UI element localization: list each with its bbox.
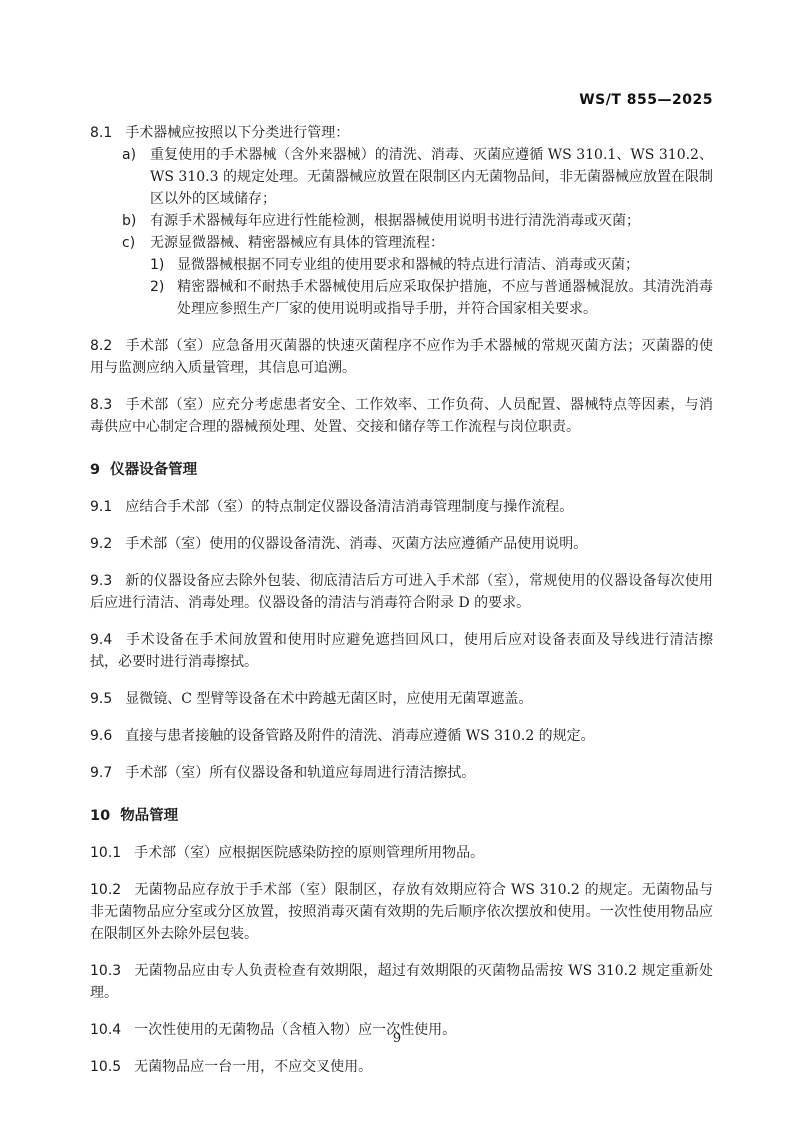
paragraph: 1)显微器械根据不同专业组的使用要求和器械的特点进行清洁、消毒或灭菌； [90, 254, 713, 276]
para-label: 10 [90, 805, 110, 827]
para-text: 手术部（室）使用的仪器设备清洗、消毒、灭菌方法应遵循产品使用说明。 [125, 536, 587, 552]
para-text: 精密器械和不耐热手术器械使用后应采取保护措施，不应与普通器械混放。其清洗消毒处理… [177, 279, 713, 317]
para-label: 10.1 [90, 842, 121, 864]
para-text: 显微镜、C 型臂等设备在术中跨越无菌区时，应使用无菌罩遮盖。 [125, 691, 532, 707]
para-text: 应结合手术部（室）的特点制定仪器设备清洁消毒管理制度与操作流程。 [125, 499, 573, 515]
para-label: c) [122, 232, 150, 254]
paragraph: b)有源手术器械每年应进行性能检测，根据器械使用说明书进行清洗消毒或灭菌； [90, 210, 713, 232]
para-text: 物品管理 [120, 808, 178, 824]
document-page: WS/T 855—2025 8.1手术器械应按照以下分类进行管理：a)重复使用的… [0, 0, 794, 1123]
doc-code-header: WS/T 855—2025 [90, 92, 713, 108]
para-label: 10.5 [90, 1056, 121, 1078]
para-label: 9.3 [90, 570, 112, 592]
paragraph: 8.3手术部（室）应充分考虑患者安全、工作效率、工作负荷、人员配置、器械特点等因… [90, 394, 713, 438]
paragraph: 9.2手术部（室）使用的仪器设备清洗、消毒、灭菌方法应遵循产品使用说明。 [90, 533, 713, 555]
para-text: 重复使用的手术器械（含外来器械）的清洗、消毒、灭菌应遵循 WS 310.1、WS… [150, 147, 713, 207]
paragraph: 10.5无菌物品应一台一用，不应交叉使用。 [90, 1056, 713, 1078]
para-text: 新的仪器设备应去除外包装、彻底清洁后方可进入手术部（室），常规使用的仪器设备每次… [90, 573, 713, 611]
paragraph: 9.1应结合手术部（室）的特点制定仪器设备清洁消毒管理制度与操作流程。 [90, 496, 713, 518]
para-label: 10.2 [90, 879, 121, 901]
para-text: 无源显微器械、精密器械应有具体的管理流程： [150, 235, 444, 251]
para-label: 1) [150, 254, 177, 276]
para-label: b) [122, 210, 150, 232]
paragraph: 8.1手术器械应按照以下分类进行管理： [90, 122, 713, 144]
para-text: 有源手术器械每年应进行性能检测，根据器械使用说明书进行清洗消毒或灭菌； [150, 213, 640, 229]
para-label: 8.3 [90, 394, 112, 416]
para-label: 9.7 [90, 762, 112, 784]
paragraph: 9.3新的仪器设备应去除外包装、彻底清洁后方可进入手术部（室），常规使用的仪器设… [90, 570, 713, 614]
content: 8.1手术器械应按照以下分类进行管理：a)重复使用的手术器械（含外来器械）的清洗… [90, 122, 713, 1078]
page-number: 9 [0, 1031, 794, 1046]
para-text: 仪器设备管理 [110, 462, 197, 478]
para-label: 10.3 [90, 960, 121, 982]
paragraph: 2)精密器械和不耐热手术器械使用后应采取保护措施，不应与普通器械混放。其清洗消毒… [90, 276, 713, 320]
paragraph: 10.1手术部（室）应根据医院感染防控的原则管理所用物品。 [90, 842, 713, 864]
para-text: 手术设备在手术间放置和使用时应避免遮挡回风口，使用后应对设备表面及导线进行清洁擦… [90, 632, 713, 670]
paragraph: a)重复使用的手术器械（含外来器械）的清洗、消毒、灭菌应遵循 WS 310.1、… [90, 144, 713, 210]
paragraph: c)无源显微器械、精密器械应有具体的管理流程： [90, 232, 713, 254]
para-label: 9.4 [90, 629, 112, 651]
para-label: 9.5 [90, 688, 112, 710]
para-label: 2) [150, 276, 177, 298]
para-label: 8.2 [90, 335, 112, 357]
paragraph: 10.3无菌物品应由专人负责检查有效期限，超过有效期限的灭菌物品需按 WS 31… [90, 960, 713, 1004]
para-label: 9.1 [90, 496, 112, 518]
para-label: 9.6 [90, 725, 112, 747]
para-text: 手术部（室）应根据医院感染防控的原则管理所用物品。 [134, 845, 484, 861]
para-text: 手术器械应按照以下分类进行管理： [125, 125, 349, 141]
paragraph: 9.6直接与患者接触的设备管路及附件的清洗、消毒应遵循 WS 310.2 的规定… [90, 725, 713, 747]
paragraph: 9.7手术部（室）所有仪器设备和轨道应每周进行清洁擦拭。 [90, 762, 713, 784]
para-text: 手术部（室）应急备用灭菌器的快速灭菌程序不应作为手术器械的常规灭菌方法；灭菌器的… [90, 338, 713, 376]
para-label: 9 [90, 459, 100, 481]
paragraph: 9.5显微镜、C 型臂等设备在术中跨越无菌区时，应使用无菌罩遮盖。 [90, 688, 713, 710]
paragraph: 9仪器设备管理 [90, 459, 713, 481]
para-text: 显微器械根据不同专业组的使用要求和器械的特点进行清洁、消毒或灭菌； [177, 257, 639, 273]
para-text: 无菌物品应由专人负责检查有效期限，超过有效期限的灭菌物品需按 WS 310.2 … [90, 963, 713, 1001]
paragraph: 9.4手术设备在手术间放置和使用时应避免遮挡回风口，使用后应对设备表面及导线进行… [90, 629, 713, 673]
para-text: 手术部（室）所有仪器设备和轨道应每周进行清洁擦拭。 [125, 765, 475, 781]
para-text: 无菌物品应存放于手术部（室）限制区，存放有效期应符合 WS 310.2 的规定。… [90, 882, 713, 942]
para-text: 手术部（室）应充分考虑患者安全、工作效率、工作负荷、人员配置、器械特点等因素，与… [90, 397, 713, 435]
paragraph: 8.2手术部（室）应急备用灭菌器的快速灭菌程序不应作为手术器械的常规灭菌方法；灭… [90, 335, 713, 379]
para-label: 8.1 [90, 122, 112, 144]
paragraph: 10物品管理 [90, 805, 713, 827]
para-label: 9.2 [90, 533, 112, 555]
para-text: 直接与患者接触的设备管路及附件的清洗、消毒应遵循 WS 310.2 的规定。 [125, 728, 594, 744]
para-text: 无菌物品应一台一用，不应交叉使用。 [134, 1059, 372, 1075]
paragraph: 10.2无菌物品应存放于手术部（室）限制区，存放有效期应符合 WS 310.2 … [90, 879, 713, 945]
para-label: a) [122, 144, 150, 166]
